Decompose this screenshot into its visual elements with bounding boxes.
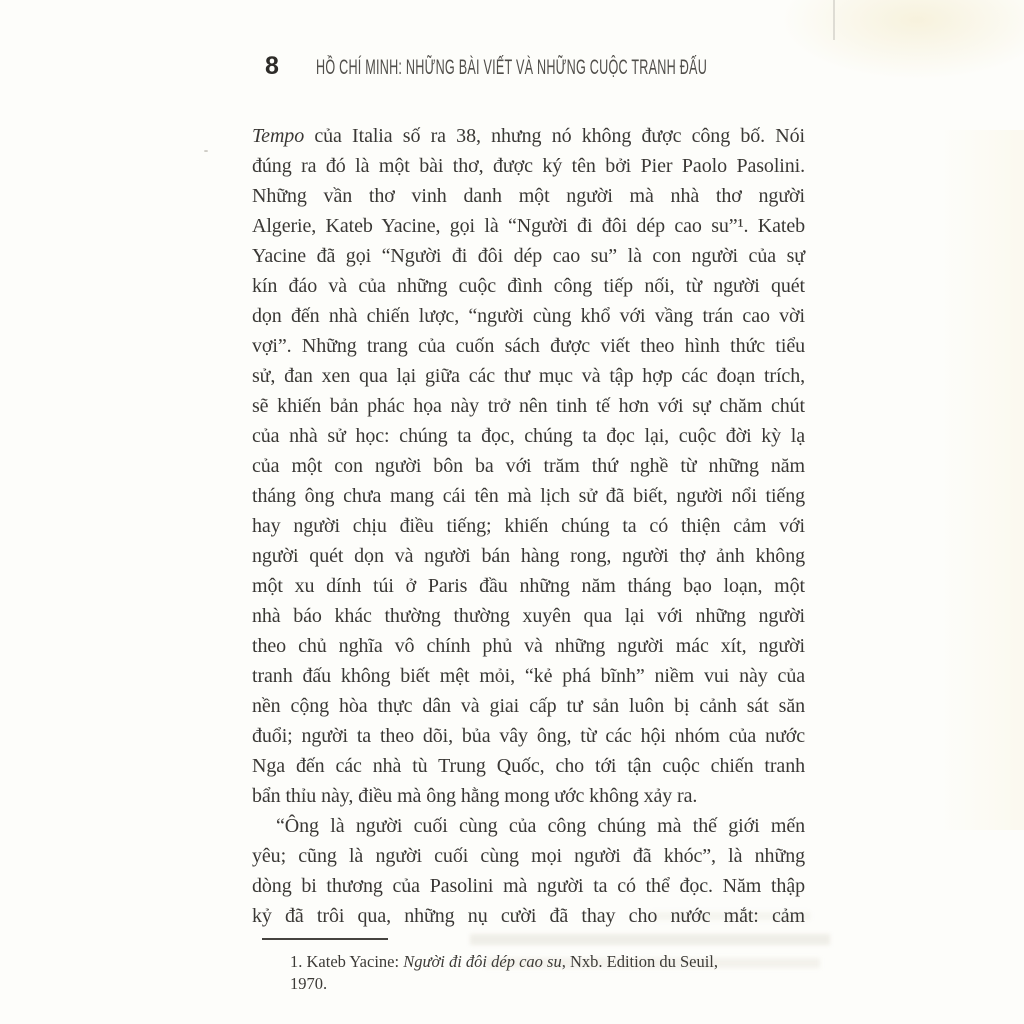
text-line: sẽ khiến bản phác họa này trở nên tinh t… bbox=[252, 391, 805, 421]
text-segment: bẩn thỉu này, điều mà ông hằng mong ước … bbox=[252, 785, 697, 807]
text-segment: đuổi; người ta theo dõi, bủa vây ông, từ… bbox=[252, 725, 805, 747]
text-line: của nhà sử học: chúng ta đọc, chúng ta đ… bbox=[252, 421, 805, 451]
page-number: 8 bbox=[265, 54, 279, 79]
text-segment: của một con người bôn ba với trăm thứ ng… bbox=[252, 455, 805, 477]
text-segment: nền cộng hòa thực dân và giai cấp tư sản… bbox=[252, 695, 805, 717]
text-segment: Những vần thơ vinh danh một người mà nhà… bbox=[252, 185, 805, 207]
page-header: 8 HỒ CHÍ MINH: NHỮNG BÀI VIẾT VÀ NHỮNG C… bbox=[265, 54, 968, 79]
text-line: bẩn thỉu này, điều mà ông hằng mong ước … bbox=[252, 781, 805, 811]
text-line: Những vần thơ vinh danh một người mà nhà… bbox=[252, 181, 805, 211]
footnote-separator bbox=[262, 938, 388, 940]
text-line: của một con người bôn ba với trăm thứ ng… bbox=[252, 451, 805, 481]
text-segment: Algerie, Kateb Yacine, gọi là “Người đi … bbox=[252, 215, 805, 237]
text-line: nhà báo khác thường thường xuyên qua lại… bbox=[252, 601, 805, 631]
text-segment: Yacine đã gọi “Người đi đôi dép cao su” … bbox=[252, 245, 805, 267]
text-segment: của Italia số ra 38, nhưng nó không được… bbox=[304, 125, 805, 147]
text-segment: một xu dính túi ở Paris đầu những năm th… bbox=[252, 575, 805, 597]
text-segment: hay người chịu điều tiếng; khiến chúng t… bbox=[252, 515, 805, 537]
text-line: tranh đấu không biết mệt mỏi, “kẻ phá bĩ… bbox=[252, 661, 805, 691]
running-title: HỒ CHÍ MINH: NHỮNG BÀI VIẾT VÀ NHỮNG CUỘ… bbox=[316, 57, 707, 78]
text-segment: đúng ra đó là một bài thơ, được ký tên b… bbox=[252, 155, 805, 177]
text-line: hay người chịu điều tiếng; khiến chúng t… bbox=[252, 511, 805, 541]
text-line: sử, đan xen qua lại giữa các thư mục và … bbox=[252, 361, 805, 391]
text-line: đúng ra đó là một bài thơ, được ký tên b… bbox=[252, 151, 805, 181]
scan-speck bbox=[204, 150, 208, 152]
text-line: một xu dính túi ở Paris đầu những năm th… bbox=[252, 571, 805, 601]
text-segment: yêu; cũng là người cuối cùng mọi người đ… bbox=[252, 845, 805, 867]
text-segment: tháng ông chưa mang cái tên mà lịch sử đ… bbox=[252, 485, 805, 507]
text-segment: 1. Kateb Yacine: bbox=[290, 952, 403, 971]
text-segment: vợi”. Những trang của cuốn sách được viế… bbox=[252, 335, 805, 357]
text-segment: sử, đan xen qua lại giữa các thư mục và … bbox=[252, 365, 805, 387]
text-segment: Nga đến các nhà tù Trung Quốc, cho tới t… bbox=[252, 755, 805, 777]
text-line: Tempo của Italia số ra 38, nhưng nó khôn… bbox=[252, 121, 805, 151]
text-line: kín đáo và của những cuộc đình công tiếp… bbox=[252, 271, 805, 301]
text-line: dọn đến nhà chiến lược, “người cùng khổ … bbox=[252, 301, 805, 331]
text-line: dòng bi thương của Pasolini mà người ta … bbox=[252, 871, 805, 901]
text-segment: của nhà sử học: chúng ta đọc, chúng ta đ… bbox=[252, 425, 805, 447]
text-line: Yacine đã gọi “Người đi đôi dép cao su” … bbox=[252, 241, 805, 271]
text-segment: kín đáo và của những cuộc đình công tiếp… bbox=[252, 275, 805, 297]
text-line: người quét dọn và người bán hàng rong, n… bbox=[252, 541, 805, 571]
text-line: đuổi; người ta theo dõi, bủa vây ông, từ… bbox=[252, 721, 805, 751]
text-segment: dọn đến nhà chiến lược, “người cùng khổ … bbox=[252, 305, 805, 327]
text-line: Nga đến các nhà tù Trung Quốc, cho tới t… bbox=[252, 751, 805, 781]
text-segment: dòng bi thương của Pasolini mà người ta … bbox=[252, 875, 805, 897]
text-segment: sẽ khiến bản phác họa này trở nên tinh t… bbox=[252, 395, 805, 417]
text-line: “Ông là người cuối cùng của công chúng m… bbox=[252, 811, 805, 841]
footnote: 1. Kateb Yacine: Người đi đôi dép cao su… bbox=[290, 951, 720, 995]
scan-edge-artifact bbox=[833, 0, 835, 40]
text-segment: tranh đấu không biết mệt mỏi, “kẻ phá bĩ… bbox=[252, 665, 805, 687]
scan-smudge bbox=[940, 130, 1024, 830]
bleed-through-text bbox=[470, 934, 830, 945]
text-line: vợi”. Những trang của cuốn sách được viế… bbox=[252, 331, 805, 361]
text-line: Algerie, Kateb Yacine, gọi là “Người đi … bbox=[252, 211, 805, 241]
text-segment: Người đi đôi dép cao su bbox=[403, 952, 562, 971]
text-segment: kỷ đã trôi qua, những nụ cười đã thay ch… bbox=[252, 905, 805, 927]
text-segment: “Ông là người cuối cùng của công chúng m… bbox=[276, 815, 805, 837]
text-line: kỷ đã trôi qua, những nụ cười đã thay ch… bbox=[252, 901, 805, 931]
text-segment: người quét dọn và người bán hàng rong, n… bbox=[252, 545, 805, 567]
text-segment: Tempo bbox=[252, 125, 304, 147]
text-line: yêu; cũng là người cuối cùng mọi người đ… bbox=[252, 841, 805, 871]
body-text: Tempo của Italia số ra 38, nhưng nó khôn… bbox=[252, 121, 805, 931]
text-line: theo chủ nghĩa vô chính phủ và những ngư… bbox=[252, 631, 805, 661]
text-line: tháng ông chưa mang cái tên mà lịch sử đ… bbox=[252, 481, 805, 511]
text-segment: theo chủ nghĩa vô chính phủ và những ngư… bbox=[252, 635, 805, 657]
text-line: nền cộng hòa thực dân và giai cấp tư sản… bbox=[252, 691, 805, 721]
text-segment: nhà báo khác thường thường xuyên qua lại… bbox=[252, 605, 805, 627]
